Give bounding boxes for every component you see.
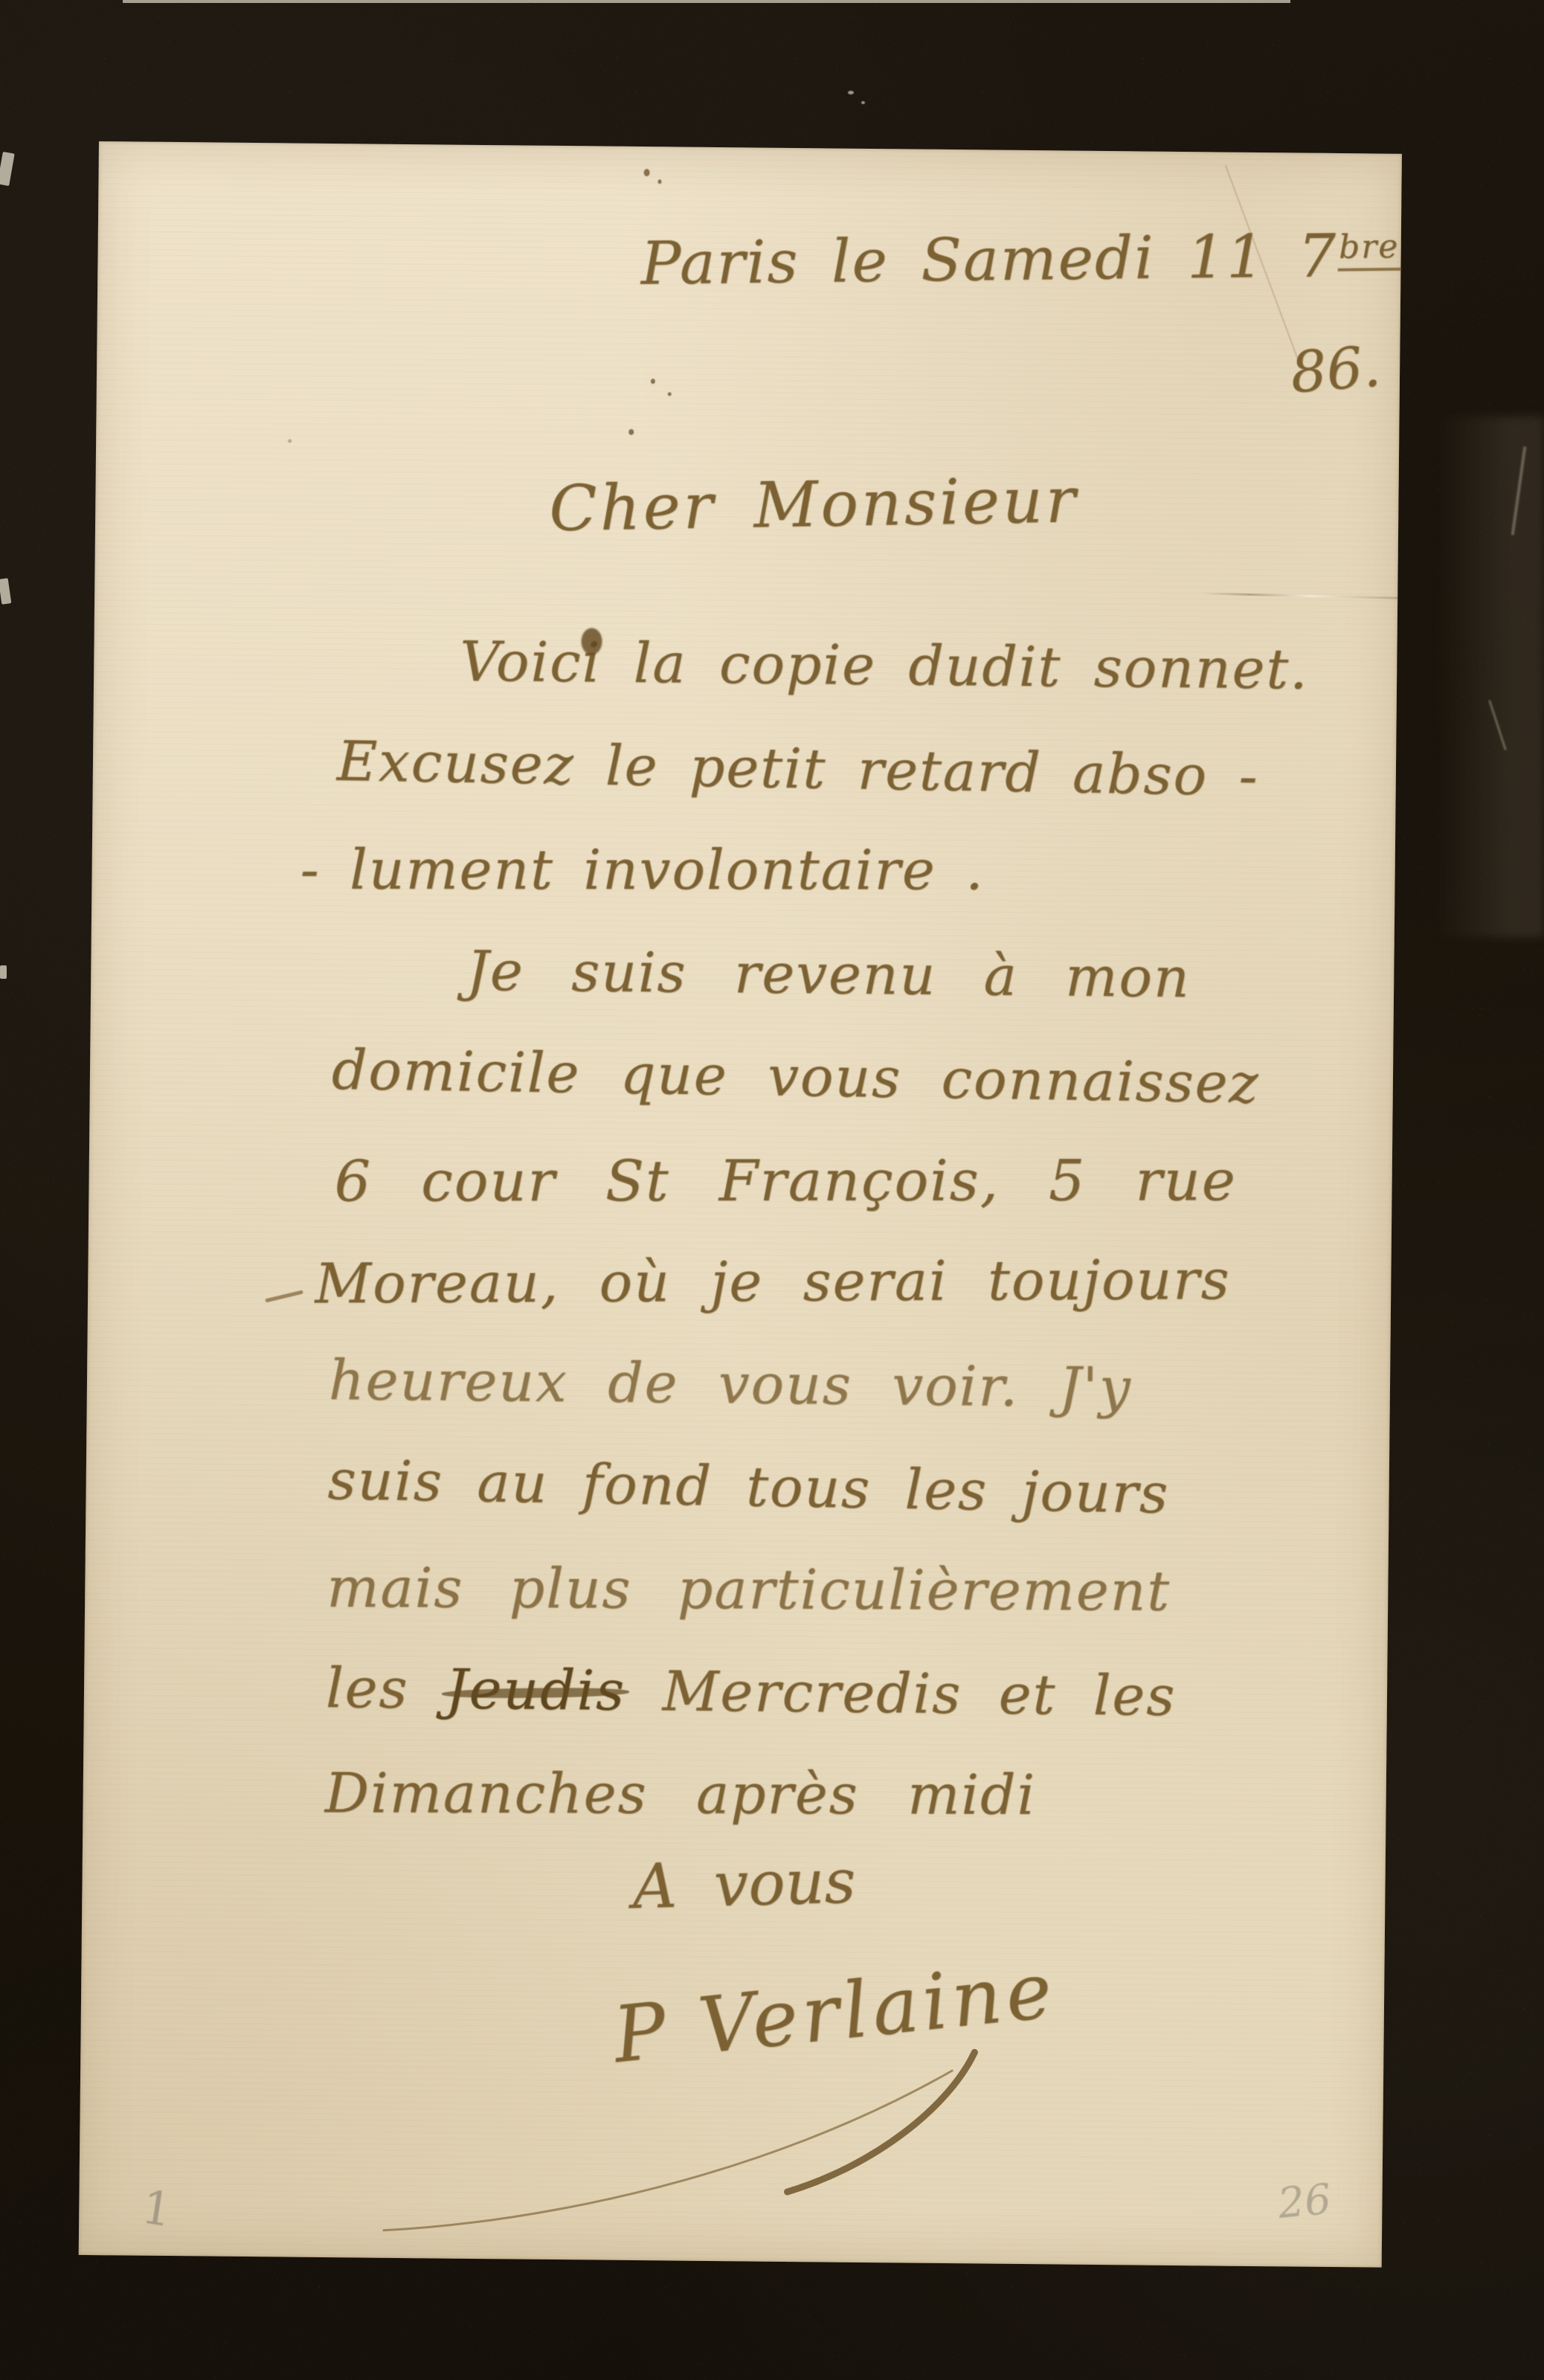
- letter-line: heureux de vous voir. J'y: [329, 1348, 1132, 1420]
- signature-flourish: [301, 1929, 1123, 2309]
- letter-line: suis au fond tous les jours: [327, 1448, 1170, 1526]
- dateline-main: Paris le Samedi 11 7: [640, 221, 1338, 298]
- ink-speck: [657, 179, 661, 184]
- greeting: Cher Monsieur: [549, 463, 1079, 545]
- dateline-year: 86.: [1288, 332, 1383, 405]
- pencil-number-bottom-right: 26: [1276, 2175, 1334, 2228]
- ink-speck: [644, 169, 650, 176]
- letter-line: 6 cour St François, 5 rue: [335, 1147, 1237, 1214]
- dateline: Paris le Samedi 11 7bre: [640, 220, 1401, 298]
- letter-line-with-strikethrough: les Jeudis Mercredis et les: [326, 1656, 1177, 1728]
- mount-speck: [848, 91, 854, 94]
- letter-paper: Paris le Samedi 11 7bre 86. Cher Monsieu…: [79, 141, 1402, 2268]
- struck-word: Jeudis: [445, 1658, 626, 1723]
- paper-fold-crack: [1201, 592, 1397, 599]
- mount-edge-nick: [0, 965, 7, 979]
- letter-line: Moreau, où je serai toujours: [315, 1248, 1231, 1316]
- line-suffix: Mercredis et les: [625, 1659, 1177, 1728]
- ink-speck: [651, 379, 655, 384]
- flourish-stroke-bold: [788, 2051, 975, 2193]
- album-page-edge: [123, 0, 1290, 3]
- pencil-number-bottom-left: 1: [138, 2179, 176, 2237]
- ink-speck: [628, 429, 634, 435]
- ink-speck: [668, 392, 672, 396]
- flourish-stroke-thin: [384, 2065, 952, 2236]
- line-prefix: les: [326, 1656, 446, 1722]
- pen-dash: [265, 1290, 303, 1302]
- letter-line: Dimanches après midi: [325, 1761, 1037, 1827]
- dateline-superscript: bre: [1337, 228, 1401, 271]
- letter-line: Je suis revenu à mon: [466, 939, 1191, 1010]
- ink-speck: [288, 439, 292, 443]
- letter-line: - lument involontaire .: [300, 838, 985, 903]
- mount-speck: [861, 101, 865, 104]
- letter-line: mais plus particulièrement: [327, 1556, 1171, 1624]
- closing: A vous: [631, 1847, 856, 1923]
- letter-line: Excusez le petit retard abso -: [336, 730, 1259, 809]
- letter-line: domicile que vous connaissez: [331, 1038, 1260, 1116]
- letter-photograph: Paris le Samedi 11 7bre 86. Cher Monsieu…: [0, 0, 1544, 2380]
- mount-wear-right: [1435, 416, 1544, 937]
